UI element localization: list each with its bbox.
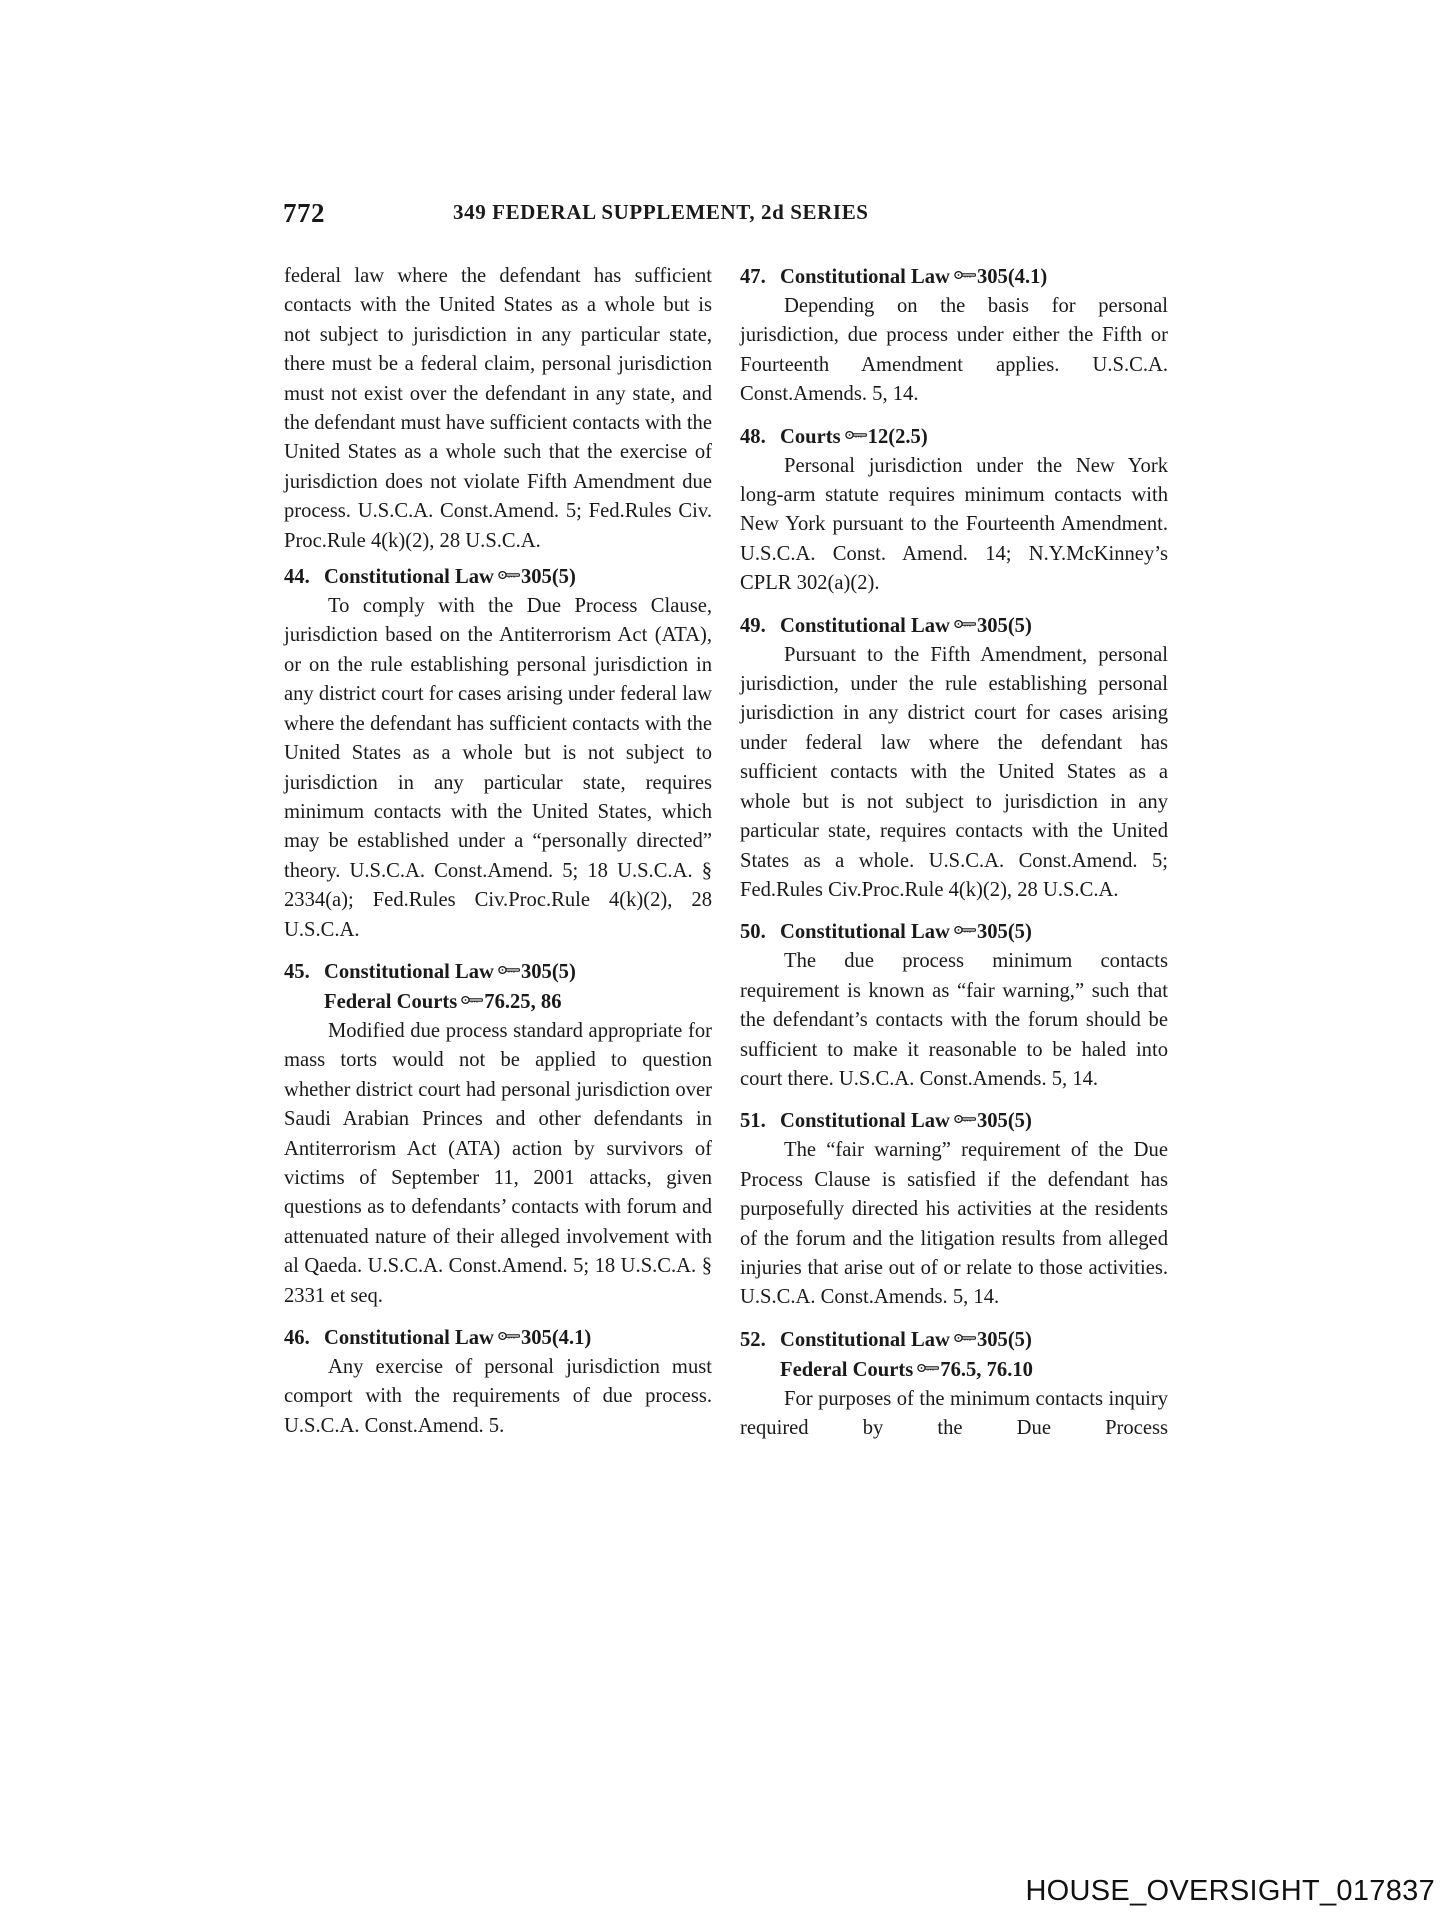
key-icon <box>954 1114 976 1124</box>
key-number: 305(5) <box>521 961 576 983</box>
topic-name: Courts <box>780 426 841 448</box>
key-number: 305(4.1) <box>521 1327 591 1349</box>
key-number: 305(5) <box>977 921 1032 943</box>
key-icon <box>954 270 976 280</box>
key-number: 305(5) <box>977 615 1032 637</box>
headnote-number: 50. <box>740 917 780 947</box>
key-icon <box>498 570 520 580</box>
page-header: 772 349 FEDERAL SUPPLEMENT, 2d SERIES <box>283 198 1173 232</box>
headnote-text: Personal jurisdiction under the New York… <box>740 452 1168 599</box>
key-number: 76.5, 76.10 <box>940 1359 1033 1381</box>
headnote-text: Modified due process standard appropriat… <box>284 1017 712 1311</box>
headnote-topic-line: 51.Constitutional Law305(5) <box>740 1106 1168 1136</box>
headnote-topic-line: Federal Courts76.5, 76.10 <box>740 1355 1168 1385</box>
key-number: 305(4.1) <box>977 266 1047 288</box>
bates-number: HOUSE_OVERSIGHT_017837 <box>1025 1875 1435 1908</box>
headnote-topic-line: 45.Constitutional Law305(5) <box>284 957 712 987</box>
key-number: 305(5) <box>977 1329 1032 1351</box>
key-icon <box>954 1333 976 1343</box>
topic-name: Constitutional Law <box>780 1110 950 1132</box>
topic-name: Constitutional Law <box>780 615 950 637</box>
page-number: 772 <box>283 198 325 229</box>
key-number: 305(5) <box>521 566 576 588</box>
headnote-45: 45.Constitutional Law305(5) Federal Cour… <box>284 957 712 1311</box>
headnote-number: 44. <box>284 562 324 592</box>
key-icon <box>917 1363 939 1373</box>
topic-name: Constitutional Law <box>324 1327 494 1349</box>
key-icon <box>498 965 520 975</box>
headnote-number: 51. <box>740 1106 780 1136</box>
headnote-topic-line: Federal Courts76.25, 86 <box>284 987 712 1017</box>
headnote-44: 44.Constitutional Law305(5) To comply wi… <box>284 562 712 945</box>
headnote-topic-line: 46.Constitutional Law305(4.1) <box>284 1323 712 1353</box>
key-icon <box>954 619 976 629</box>
left-column: federal law where the defendant has suff… <box>284 262 712 1441</box>
headnote-number: 46. <box>284 1323 324 1353</box>
key-number: 76.25, 86 <box>484 991 561 1013</box>
key-icon <box>954 925 976 935</box>
headnote-number: 47. <box>740 262 780 292</box>
key-icon <box>498 1331 520 1341</box>
topic-name: Constitutional Law <box>324 961 494 983</box>
headnote-text: To comply with the Due Process Clause, j… <box>284 592 712 945</box>
headnote-text: Any exercise of personal jurisdiction mu… <box>284 1353 712 1441</box>
headnote-number: 45. <box>284 957 324 987</box>
headnote-topic-line: 47.Constitutional Law305(4.1) <box>740 262 1168 292</box>
headnote-47: 47.Constitutional Law305(4.1) Depending … <box>740 262 1168 410</box>
headnote-text: The due process minimum contacts require… <box>740 947 1168 1094</box>
headnote-49: 49.Constitutional Law305(5) Pursuant to … <box>740 611 1168 906</box>
headnote-text: For purposes of the minimum contacts inq… <box>740 1385 1168 1444</box>
headnote-number: 49. <box>740 611 780 641</box>
headnote-text: The “fair warning” requirement of the Du… <box>740 1136 1168 1312</box>
key-icon <box>461 995 483 1005</box>
headnote-46: 46.Constitutional Law305(4.1) Any exerci… <box>284 1323 712 1441</box>
headnote-50: 50.Constitutional Law305(5) The due proc… <box>740 917 1168 1094</box>
headnote-topic-line: 52.Constitutional Law305(5) <box>740 1325 1168 1355</box>
topic-name: Constitutional Law <box>780 921 950 943</box>
headnote-48: 48.Courts12(2.5) Personal jurisdiction u… <box>740 422 1168 599</box>
topic-name: Federal Courts <box>324 991 457 1013</box>
topic-name: Constitutional Law <box>780 1329 950 1351</box>
headnote-52: 52.Constitutional Law305(5) Federal Cour… <box>740 1325 1168 1444</box>
key-icon <box>845 430 867 440</box>
continued-headnote-text: federal law where the defendant has suff… <box>284 262 712 556</box>
right-column: 47.Constitutional Law305(4.1) Depending … <box>740 262 1168 1444</box>
topic-name: Constitutional Law <box>324 566 494 588</box>
key-number: 305(5) <box>977 1110 1032 1132</box>
headnote-51: 51.Constitutional Law305(5) The “fair wa… <box>740 1106 1168 1312</box>
running-head: 349 FEDERAL SUPPLEMENT, 2d SERIES <box>453 200 869 225</box>
headnote-number: 48. <box>740 422 780 452</box>
headnote-number: 52. <box>740 1325 780 1355</box>
headnote-topic-line: 44.Constitutional Law305(5) <box>284 562 712 592</box>
key-number: 12(2.5) <box>868 426 928 448</box>
headnote-topic-line: 48.Courts12(2.5) <box>740 422 1168 452</box>
topic-name: Federal Courts <box>780 1359 913 1381</box>
headnote-text: Depending on the basis for personal juri… <box>740 292 1168 410</box>
headnote-text: Pursuant to the Fifth Amendment, persona… <box>740 641 1168 906</box>
headnote-topic-line: 49.Constitutional Law305(5) <box>740 611 1168 641</box>
topic-name: Constitutional Law <box>780 266 950 288</box>
headnote-topic-line: 50.Constitutional Law305(5) <box>740 917 1168 947</box>
